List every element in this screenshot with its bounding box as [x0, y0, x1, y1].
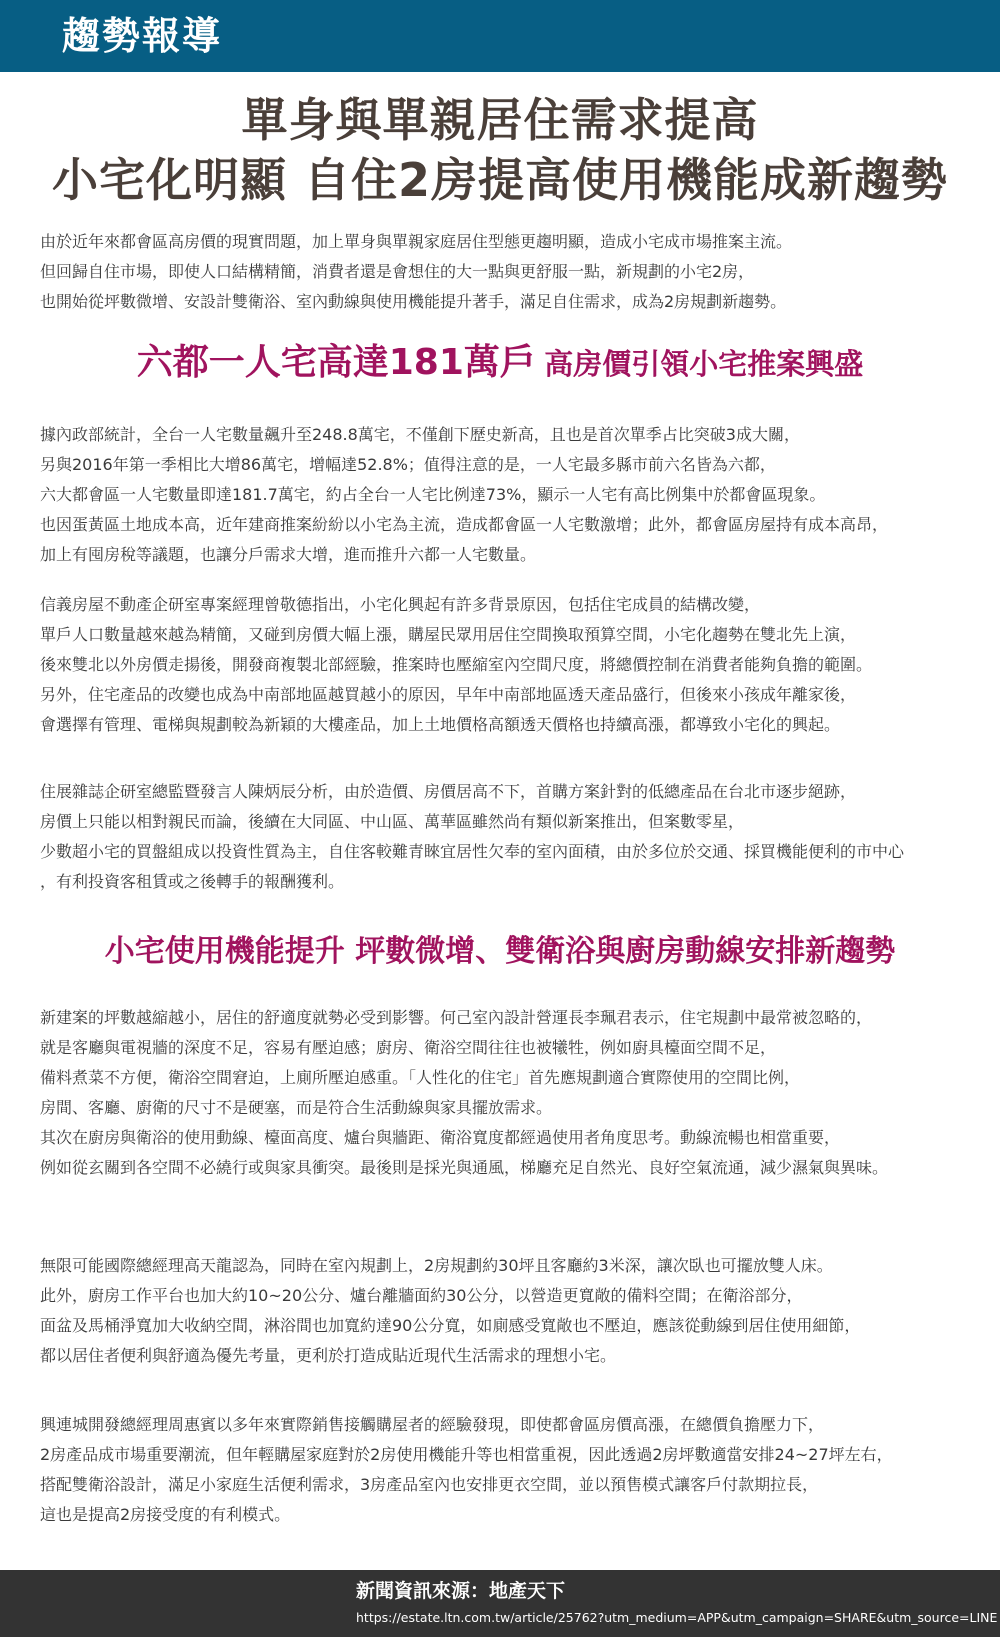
text-line: 加上有囤房稅等議題，也讓分戶需求大增，進而推升六都一人宅數量。	[40, 540, 1000, 570]
text-line: 信義房屋不動產企研室專案經理曾敬德指出，小宅化興起有許多背景原因，包括住宅成員的…	[40, 590, 1000, 620]
text-line: 也開始從坪數微增、安設計雙衛浴、室內動線與使用機能提升著手，滿足自住需求，成為2…	[40, 287, 1000, 317]
text-line: 住展雜誌企研室總監暨發言人陳炳辰分析，由於造價、房價居高不下，首購方案針對的低總…	[40, 777, 1000, 807]
text-line: 六大都會區一人宅數量即達181.7萬宅，約占全台一人宅比例達73%，顯示一人宅有…	[40, 480, 1000, 510]
news-source-label: 新聞資訊來源：地產天下	[356, 1578, 565, 1604]
text-line: 其次在廚房與衛浴的使用動線、檯面高度、爐台與牆距、衛浴寬度都經過使用者角度思考。…	[40, 1123, 1000, 1153]
section2-paragraph-1: 新建案的坪數越縮越小，居住的舒適度就勢必受到影響。何己室內設計營運長李珮君表示，…	[40, 1003, 1000, 1183]
text-line: 房間、客廳、廚衛的尺寸不是硬塞，而是符合生活動線與家具擺放需求。	[40, 1093, 1000, 1123]
text-line: 就是客廳與電視牆的深度不足，容易有壓迫感；廚房、衛浴空間往往也被犧牲，例如廚具檯…	[40, 1033, 1000, 1063]
section1-heading-main: 六都一人宅高達181萬戶	[137, 342, 536, 383]
text-line: 另外，住宅產品的改變也成為中南部地區越買越小的原因，早年中南部地區透天產品盛行，…	[40, 680, 1000, 710]
text-line: 另與2016年第一季相比大增86萬宅，增幅達52.8%；值得注意的是，一人宅最多…	[40, 450, 1000, 480]
text-line: 這也是提高2房接受度的有利模式。	[40, 1500, 1000, 1530]
text-line: 據內政部統計，全台一人宅數量飆升至248.8萬宅，不僅創下歷史新高，且也是首次單…	[40, 420, 1000, 450]
text-line: 單戶人口數量越來越為精簡，又碰到房價大幅上漲，購屋民眾用居住空間換取預算空間，小…	[40, 620, 1000, 650]
source-url[interactable]: https://estate.ltn.com.tw/article/25762?…	[356, 1608, 997, 1628]
text-line: 也因蛋黃區土地成本高，近年建商推案紛紛以小宅為主流，造成都會區一人宅數激增；此外…	[40, 510, 1000, 540]
top-banner: 趨勢報導	[0, 0, 1000, 72]
section2-paragraph-3: 興連城開發總經理周惠賓以多年來實際銷售接觸購屋者的經驗發現，即使都會區房價高漲，…	[40, 1410, 1000, 1530]
text-line: 興連城開發總經理周惠賓以多年來實際銷售接觸購屋者的經驗發現，即使都會區房價高漲，…	[40, 1410, 1000, 1440]
section1-heading-sub: 高房價引領小宅推案興盛	[544, 347, 863, 381]
section2-heading: 小宅使用機能提升 坪數微增、雙衛浴與廚房動線安排新趨勢	[0, 928, 1000, 976]
text-line: 都以居住者便利與舒適為優先考量，更利於打造成貼近現代生活需求的理想小宅。	[40, 1341, 1000, 1371]
section1-paragraph-3: 住展雜誌企研室總監暨發言人陳炳辰分析，由於造價、房價居高不下，首購方案針對的低總…	[40, 777, 1000, 897]
text-line: 後來雙北以外房價走揚後，開發商複製北部經驗，推案時也壓縮室內空間尺度，將總價控制…	[40, 650, 1000, 680]
text-line: 無限可能國際總經理高天龍認為，同時在室內規劃上，2房規劃約30坪且客廳約3米深，…	[40, 1251, 1000, 1281]
text-line: 搭配雙衛浴設計，滿足小家庭生活便利需求，3房產品室內也安排更衣空間，並以預售模式…	[40, 1470, 1000, 1500]
text-line: 新建案的坪數越縮越小，居住的舒適度就勢必受到影響。何己室內設計營運長李珮君表示，…	[40, 1003, 1000, 1033]
text-line: 會選擇有管理、電梯與規劃較為新穎的大樓產品，加上土地價格高額透天價格也持續高漲，…	[40, 710, 1000, 740]
text-line: 由於近年來都會區高房價的現實問題，加上單身與單親家庭居住型態更趨明顯，造成小宅成…	[40, 227, 1000, 257]
headline-line-2: 小宅化明顯 自住2房提高使用機能成新趨勢	[0, 152, 1000, 208]
intro-paragraph: 由於近年來都會區高房價的現實問題，加上單身與單親家庭居住型態更趨明顯，造成小宅成…	[40, 227, 1000, 317]
section1-paragraph-2: 信義房屋不動產企研室專案經理曾敬德指出，小宅化興起有許多背景原因，包括住宅成員的…	[40, 590, 1000, 740]
text-line: 面盆及馬桶淨寬加大收納空間，淋浴間也加寬約達90公分寬，如廁感受寬敞也不壓迫，應…	[40, 1311, 1000, 1341]
section1-heading: 六都一人宅高達181萬戶 高房價引領小宅推案興盛	[0, 338, 1000, 391]
text-line: 2房產品成市場重要潮流，但年輕購屋家庭對於2房使用機能升等也相當重視，因此透過2…	[40, 1440, 1000, 1470]
source-footer: 新聞資訊來源：地產天下 https://estate.ltn.com.tw/ar…	[0, 1570, 1000, 1637]
text-line: ，有利投資客租賃或之後轉手的報酬獲利。	[40, 867, 1000, 897]
text-line: 房價上只能以相對親民而論，後續在大同區、中山區、萬華區雖然尚有類似新案推出，但案…	[40, 807, 1000, 837]
text-line: 少數超小宅的買盤組成以投資性質為主，自住客較難青睞宜居性欠奉的室內面積，由於多位…	[40, 837, 1000, 867]
text-line: 但回歸自住市場，即使人口結構精簡，消費者還是會想住的大一點與更舒服一點，新規劃的…	[40, 257, 1000, 287]
headline-line-1: 單身與單親居住需求提高	[0, 92, 1000, 148]
section1-paragraph-1: 據內政部統計，全台一人宅數量飆升至248.8萬宅，不僅創下歷史新高，且也是首次單…	[40, 420, 1000, 570]
text-line: 例如從玄關到各空間不必繞行或與家具衝突。最後則是採光與通風，梯廳充足自然光、良好…	[40, 1153, 1000, 1183]
section2-paragraph-2: 無限可能國際總經理高天龍認為，同時在室內規劃上，2房規劃約30坪且客廳約3米深，…	[40, 1251, 1000, 1371]
text-line: 此外，廚房工作平台也加大約10~20公分、爐台離牆面約30公分，以營造更寬敞的備…	[40, 1281, 1000, 1311]
text-line: 備料煮菜不方便，衛浴空間窘迫，上廁所壓迫感重。「人性化的住宅」首先應規劃適合實際…	[40, 1063, 1000, 1093]
banner-label: 趨勢報導	[62, 12, 222, 60]
